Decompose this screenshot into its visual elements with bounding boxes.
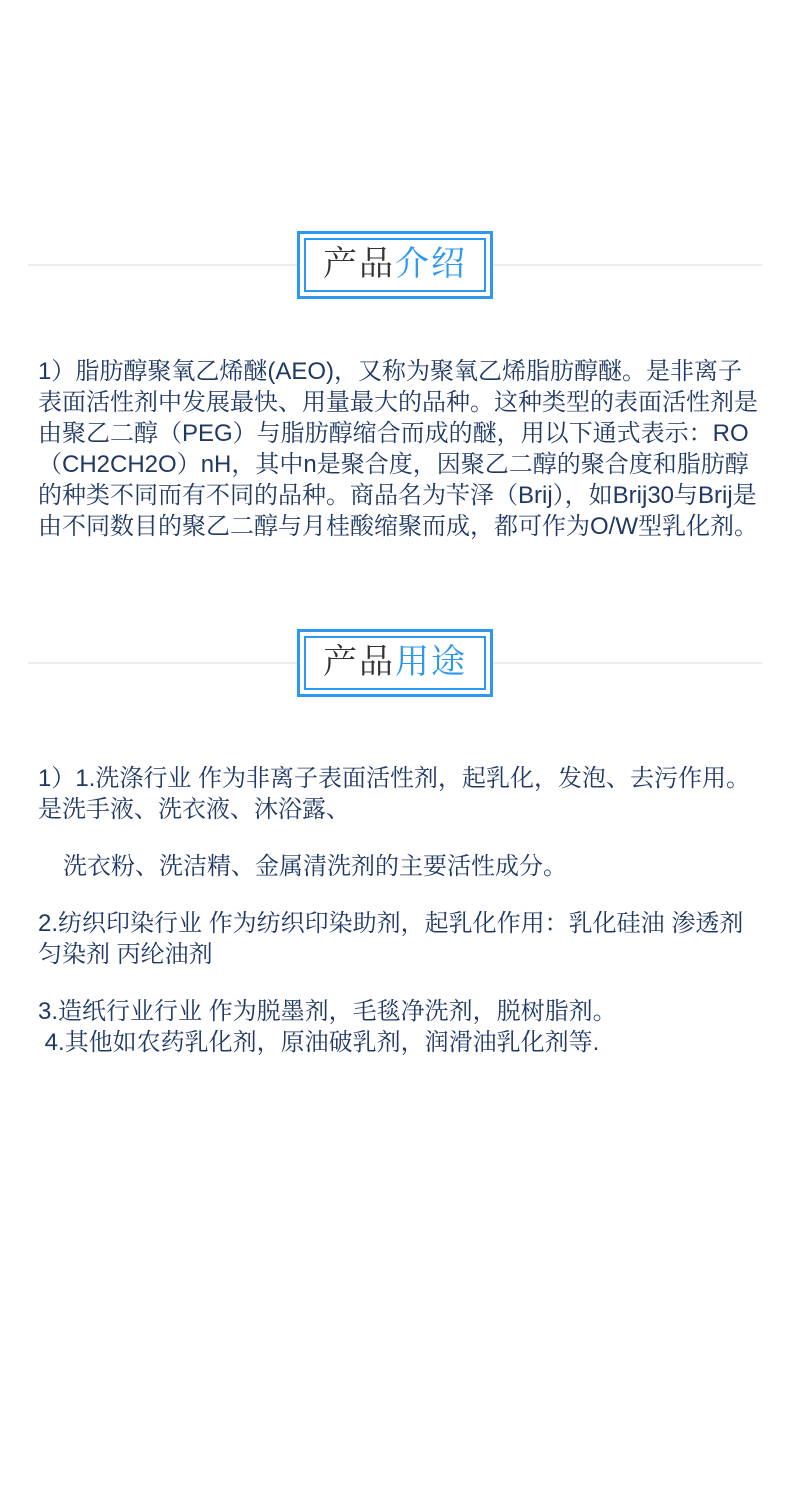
uses-paragraph-paper-other: 3.造纸行业行业 作为脱墨剂，毛毯净洗剂，脱树脂剂。 4.其他如农药乳化剂，原油… bbox=[38, 996, 760, 1058]
uses-title-box: 产品 用途 bbox=[297, 629, 493, 697]
intro-body: 1）脂肪醇聚氧乙烯醚(AEO)，又称为聚氧乙烯脂肪醇醚。是非离子表面活性剂中发展… bbox=[38, 356, 760, 542]
uses-paragraph-textile: 2.纺织印染行业 作为纺织印染助剂，起乳化作用：乳化硅油 渗透剂匀染剂 丙纶油剂 bbox=[38, 908, 760, 970]
uses-paragraph-washing-cont: 洗衣粉、洗洁精、金属清洗剂的主要活性成分。 bbox=[38, 851, 760, 882]
intro-title-prefix: 产品 bbox=[323, 247, 395, 281]
uses-title-prefix: 产品 bbox=[323, 645, 395, 679]
intro-paragraph: 1）脂肪醇聚氧乙烯醚(AEO)，又称为聚氧乙烯脂肪醇醚。是非离子表面活性剂中发展… bbox=[38, 356, 760, 542]
uses-paragraph-washing: 1）1.洗涤行业 作为非离子表面活性剂，起乳化，发泡、去污作用。是洗手液、洗衣液… bbox=[38, 763, 760, 825]
product-detail-page: 产品 介绍 1）脂肪醇聚氧乙烯醚(AEO)，又称为聚氧乙烯脂肪醇醚。是非离子表面… bbox=[0, 0, 790, 1512]
uses-body: 1）1.洗涤行业 作为非离子表面活性剂，起乳化，发泡、去污作用。是洗手液、洗衣液… bbox=[38, 763, 760, 1058]
intro-title: 产品 介绍 bbox=[304, 238, 486, 292]
section-header-intro: 产品 介绍 bbox=[0, 231, 790, 299]
intro-title-box: 产品 介绍 bbox=[297, 231, 493, 299]
uses-title: 产品 用途 bbox=[304, 636, 486, 690]
section-header-uses: 产品 用途 bbox=[0, 629, 790, 697]
intro-title-accent: 介绍 bbox=[395, 247, 467, 281]
uses-title-accent: 用途 bbox=[395, 645, 467, 679]
